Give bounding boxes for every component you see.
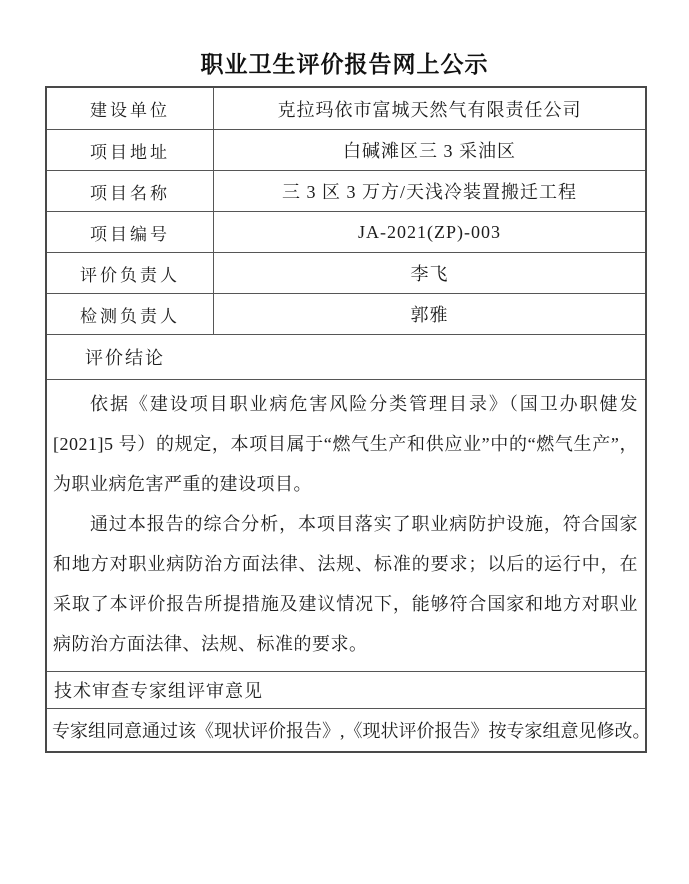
project-number-value: JA-2021(ZP)-003 (214, 212, 645, 252)
testing-lead-label: 检测负责人 (47, 294, 214, 334)
project-number-row: 项目编号 JA-2021(ZP)-003 (47, 211, 645, 252)
project-number-label: 项目编号 (47, 212, 214, 252)
testing-lead-value: 郭雅 (214, 294, 645, 334)
expert-opinion-row: 专家组同意通过该《现状评价报告》,《现状评价报告》按专家组意见修改。 (47, 708, 645, 751)
expert-review-header-row: 技术审查专家组评审意见 (47, 671, 645, 708)
project-name-value: 三 3 区 3 万方/天浅冷装置搬迁工程 (214, 171, 645, 211)
construction-unit-value: 克拉玛依市富城天然气有限责任公司 (214, 88, 645, 129)
conclusion-header-row: 评价结论 (47, 334, 645, 379)
evaluation-lead-label: 评价负责人 (47, 253, 214, 293)
project-name-row: 项目名称 三 3 区 3 万方/天浅冷装置搬迁工程 (47, 170, 645, 211)
project-address-label: 项目地址 (47, 130, 214, 170)
project-address-row: 项目地址 白碱滩区三 3 采油区 (47, 129, 645, 170)
testing-lead-row: 检测负责人 郭雅 (47, 293, 645, 334)
project-name-label: 项目名称 (47, 171, 214, 211)
evaluation-lead-value: 李飞 (214, 253, 645, 293)
report-table: 建设单位 克拉玛依市富城天然气有限责任公司 项目地址 白碱滩区三 3 采油区 项… (45, 86, 647, 753)
project-address-value: 白碱滩区三 3 采油区 (214, 130, 645, 170)
conclusion-content-row: 依据《建设项目职业病危害风险分类管理目录》（国卫办职健发[2021]5 号）的规… (47, 379, 645, 671)
conclusion-paragraph-1: 依据《建设项目职业病危害风险分类管理目录》（国卫办职健发[2021]5 号）的规… (53, 384, 638, 504)
construction-unit-row: 建设单位 克拉玛依市富城天然气有限责任公司 (47, 88, 645, 129)
evaluation-lead-row: 评价负责人 李飞 (47, 252, 645, 293)
conclusion-paragraph-2: 通过本报告的综合分析，本项目落实了职业病防护设施，符合国家和地方对职业病防治方面… (53, 504, 638, 664)
construction-unit-label: 建设单位 (47, 88, 214, 129)
page-title: 职业卫生评价报告网上公示 (0, 46, 689, 79)
